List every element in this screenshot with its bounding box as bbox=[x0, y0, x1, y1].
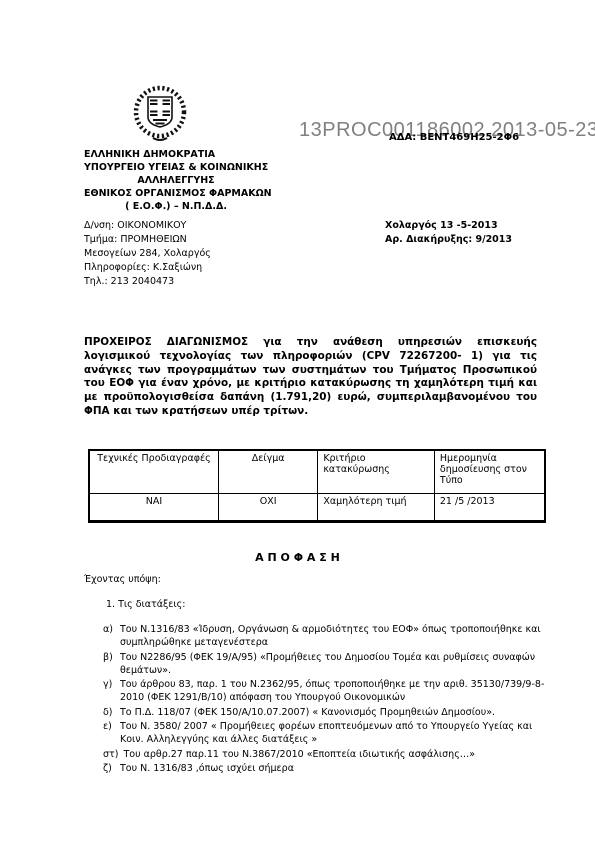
provision-text: Του Ν. 3580/ 2007 « Προμήθειες φορέων επ… bbox=[120, 720, 546, 746]
contact-directorate: Δ/νση: ΟΙΚΟΝΟΜΙΚΟΥ bbox=[84, 219, 211, 233]
provision-item-g: γ) Του άρθρου 83, παρ. 1 του Ν.2362/95, … bbox=[103, 678, 546, 704]
provision-item-b: β) Του Ν2286/95 (ΦΕΚ 19/Α/95) «Προμήθειε… bbox=[103, 651, 546, 677]
provision-item-st: στ) Του αρθρ.27 παρ.11 του Ν.3867/2010 «… bbox=[103, 748, 546, 761]
header-sample: Δείγμα bbox=[218, 450, 317, 494]
agency-line-ministry: ΥΠΟΥΡΓΕΙΟ ΥΓΕΙΑΣ & ΚΟΙΝΩΝΙΚΗΣ bbox=[84, 161, 268, 174]
header-award-criterion: Κριτήριο κατακύρωσης bbox=[318, 450, 435, 494]
protocol-number: Αρ. Διακήρυξης: 9/2013 bbox=[385, 233, 512, 247]
date-protocol-block: Χολαργός 13 -5-2013 Αρ. Διακήρυξης: 9/20… bbox=[385, 219, 512, 247]
provision-text: Του Ν.1316/83 «Ίδρυση, Οργάνωση & αρμοδι… bbox=[120, 623, 546, 649]
provision-key: α) bbox=[103, 623, 115, 649]
agency-line-ministry2: ΑΛΛΗΛΕΓΓΥΗΣ bbox=[84, 174, 268, 187]
provision-key: ε) bbox=[103, 720, 115, 746]
provision-key: δ) bbox=[103, 706, 115, 719]
provision-key: στ) bbox=[103, 748, 118, 761]
provision-item-a: α) Του Ν.1316/83 «Ίδρυση, Οργάνωση & αρμ… bbox=[103, 623, 546, 649]
provision-text: Του αρθρ.27 παρ.11 του Ν.3867/2010 «Εποπ… bbox=[123, 748, 546, 761]
cell-tech-specs: ΝΑΙ bbox=[89, 494, 218, 522]
provision-text: Του Ν. 1316/83 ,όπως ισχύει σήμερα bbox=[120, 762, 546, 775]
provision-text: Του άρθρου 83, παρ. 1 του Ν.2362/95, όπω… bbox=[120, 678, 546, 704]
decision-title: Α Π Ο Φ Α Σ Η bbox=[0, 551, 595, 564]
contact-department: Τμήμα: ΠΡΟΜΗΘΕΙΩΝ bbox=[84, 233, 211, 247]
cell-sample: ΟΧΙ bbox=[218, 494, 317, 522]
contact-address: Μεσογείων 284, Χολαργός bbox=[84, 247, 211, 261]
agency-line-organization: ΕΘΝΙΚΟΣ ΟΡΓΑΝΙΣΜΟΣ ΦΑΡΜΑΚΩΝ bbox=[84, 187, 268, 200]
provision-text: Το Π.Δ. 118/07 (ΦΕΚ 150/Α/10.07.2007) « … bbox=[120, 706, 546, 719]
provision-text: Του Ν2286/95 (ΦΕΚ 19/Α/95) «Προμήθειες τ… bbox=[120, 651, 546, 677]
provisions-intro: 1. Τις διατάξεις: bbox=[106, 599, 185, 610]
table-row: ΝΑΙ ΟΧΙ Χαμηλότερη τιμή 21 /5 /2013 bbox=[89, 494, 545, 522]
contact-phone: Τηλ.: 213 2040473 bbox=[84, 275, 211, 289]
contact-block: Δ/νση: ΟΙΚΟΝΟΜΙΚΟΥ Τμήμα: ΠΡΟΜΗΘΕΙΩΝ Μεσ… bbox=[84, 219, 211, 289]
subject-paragraph: ΠΡΟΧΕΙΡΟΣ ΔΙΑΓΩΝΙΣΜΟΣ για την ανάθεση υπ… bbox=[84, 336, 537, 419]
header-publication-date: Ημερομηνία δημοσίευσης στον Τύπο bbox=[434, 450, 545, 494]
provision-item-e: ε) Του Ν. 3580/ 2007 « Προμήθειες φορέων… bbox=[103, 720, 546, 746]
document-page: 13PROC001186002 2013-05-23 ΑΔΑ: ΒΕΝΤ469Η… bbox=[0, 0, 595, 842]
criteria-table: Τεχνικές Προδιαγραφές Δείγμα Κριτήριο κα… bbox=[88, 449, 546, 523]
header-tech-specs: Τεχνικές Προδιαγραφές bbox=[89, 450, 218, 494]
contact-information: Πληροφορίες: Κ.Σαξιώνη bbox=[84, 261, 211, 275]
ada-code: ΑΔΑ: ΒΕΝΤ469Η25-2Φ6 bbox=[389, 132, 519, 143]
table-header-row: Τεχνικές Προδιαγραφές Δείγμα Κριτήριο κα… bbox=[89, 450, 545, 494]
provision-key: ζ) bbox=[103, 762, 115, 775]
agency-line-abbrev: ( Ε.Ο.Φ.) – Ν.Π.Δ.Δ. bbox=[84, 200, 268, 213]
provision-key: β) bbox=[103, 651, 115, 677]
cell-publication-date: 21 /5 /2013 bbox=[434, 494, 545, 522]
greek-coat-of-arms-icon bbox=[133, 83, 187, 145]
provision-item-z: ζ) Του Ν. 1316/83 ,όπως ισχύει σήμερα bbox=[103, 762, 546, 775]
decision-preamble: Έχοντας υπόψη: bbox=[84, 574, 161, 585]
cell-award-criterion: Χαμηλότερη τιμή bbox=[318, 494, 435, 522]
agency-line-republic: ΕΛΛΗΝΙΚΗ ΔΗΜΟΚΡΑΤΙΑ bbox=[84, 148, 268, 161]
agency-header: ΕΛΛΗΝΙΚΗ ΔΗΜΟΚΡΑΤΙΑ ΥΠΟΥΡΓΕΙΟ ΥΓΕΙΑΣ & Κ… bbox=[84, 83, 268, 213]
provision-key: γ) bbox=[103, 678, 115, 704]
place-date: Χολαργός 13 -5-2013 bbox=[385, 219, 512, 233]
provisions-list: α) Του Ν.1316/83 «Ίδρυση, Οργάνωση & αρμ… bbox=[103, 623, 546, 777]
provision-item-d: δ) Το Π.Δ. 118/07 (ΦΕΚ 150/Α/10.07.2007)… bbox=[103, 706, 546, 719]
